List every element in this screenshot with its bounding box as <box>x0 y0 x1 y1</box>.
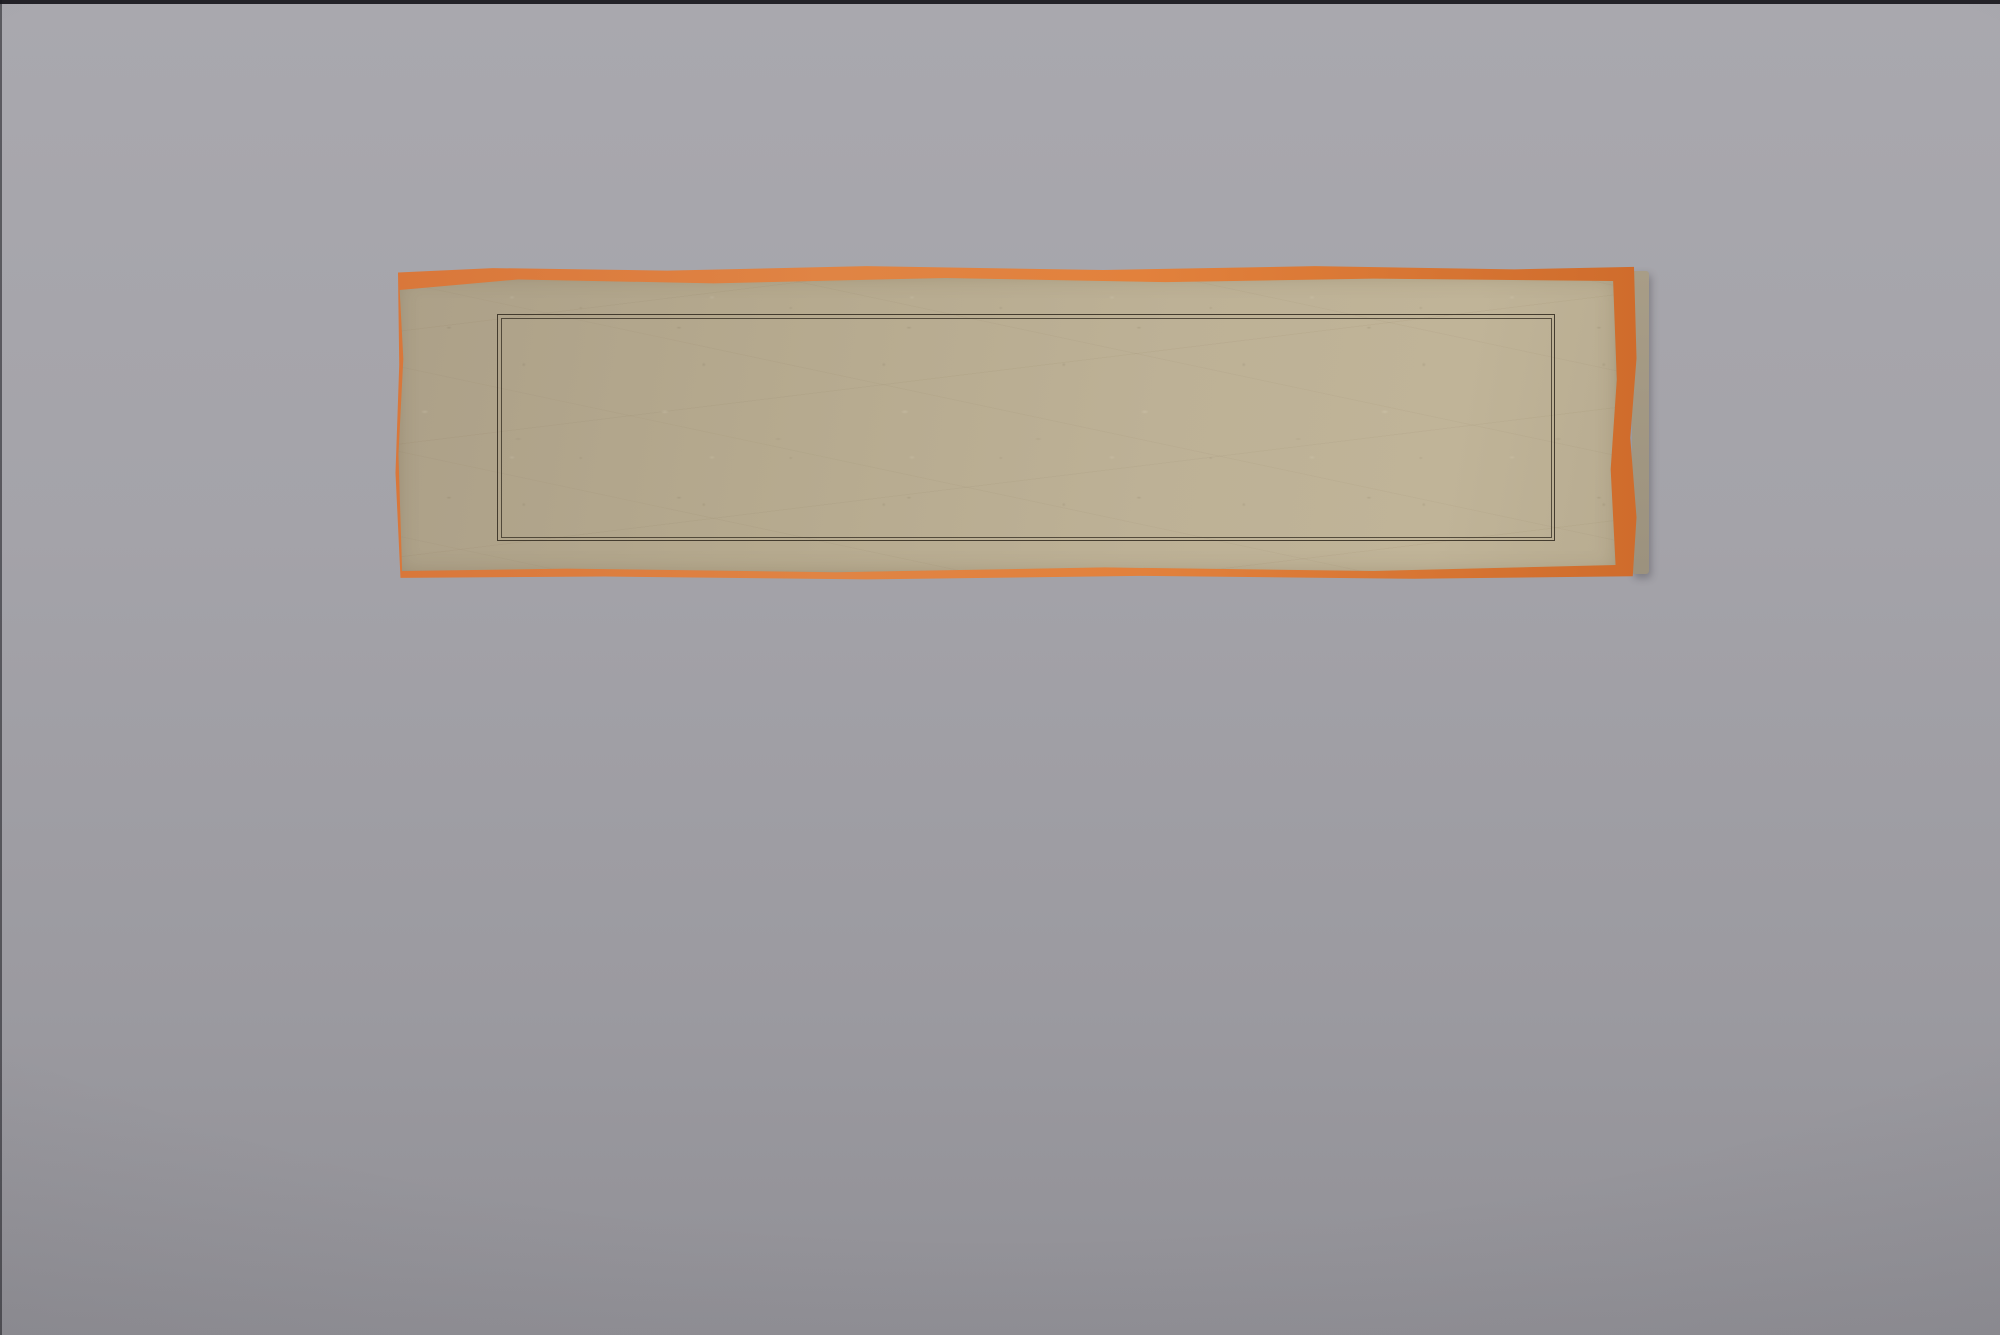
photograph-background <box>0 0 2000 1335</box>
photo-left-edge-bar <box>0 0 2 1335</box>
manuscript-leaf-top <box>393 263 1639 581</box>
text-block <box>510 330 1540 534</box>
photo-top-edge-bar <box>0 0 2000 4</box>
paper-sheet <box>396 275 1618 574</box>
